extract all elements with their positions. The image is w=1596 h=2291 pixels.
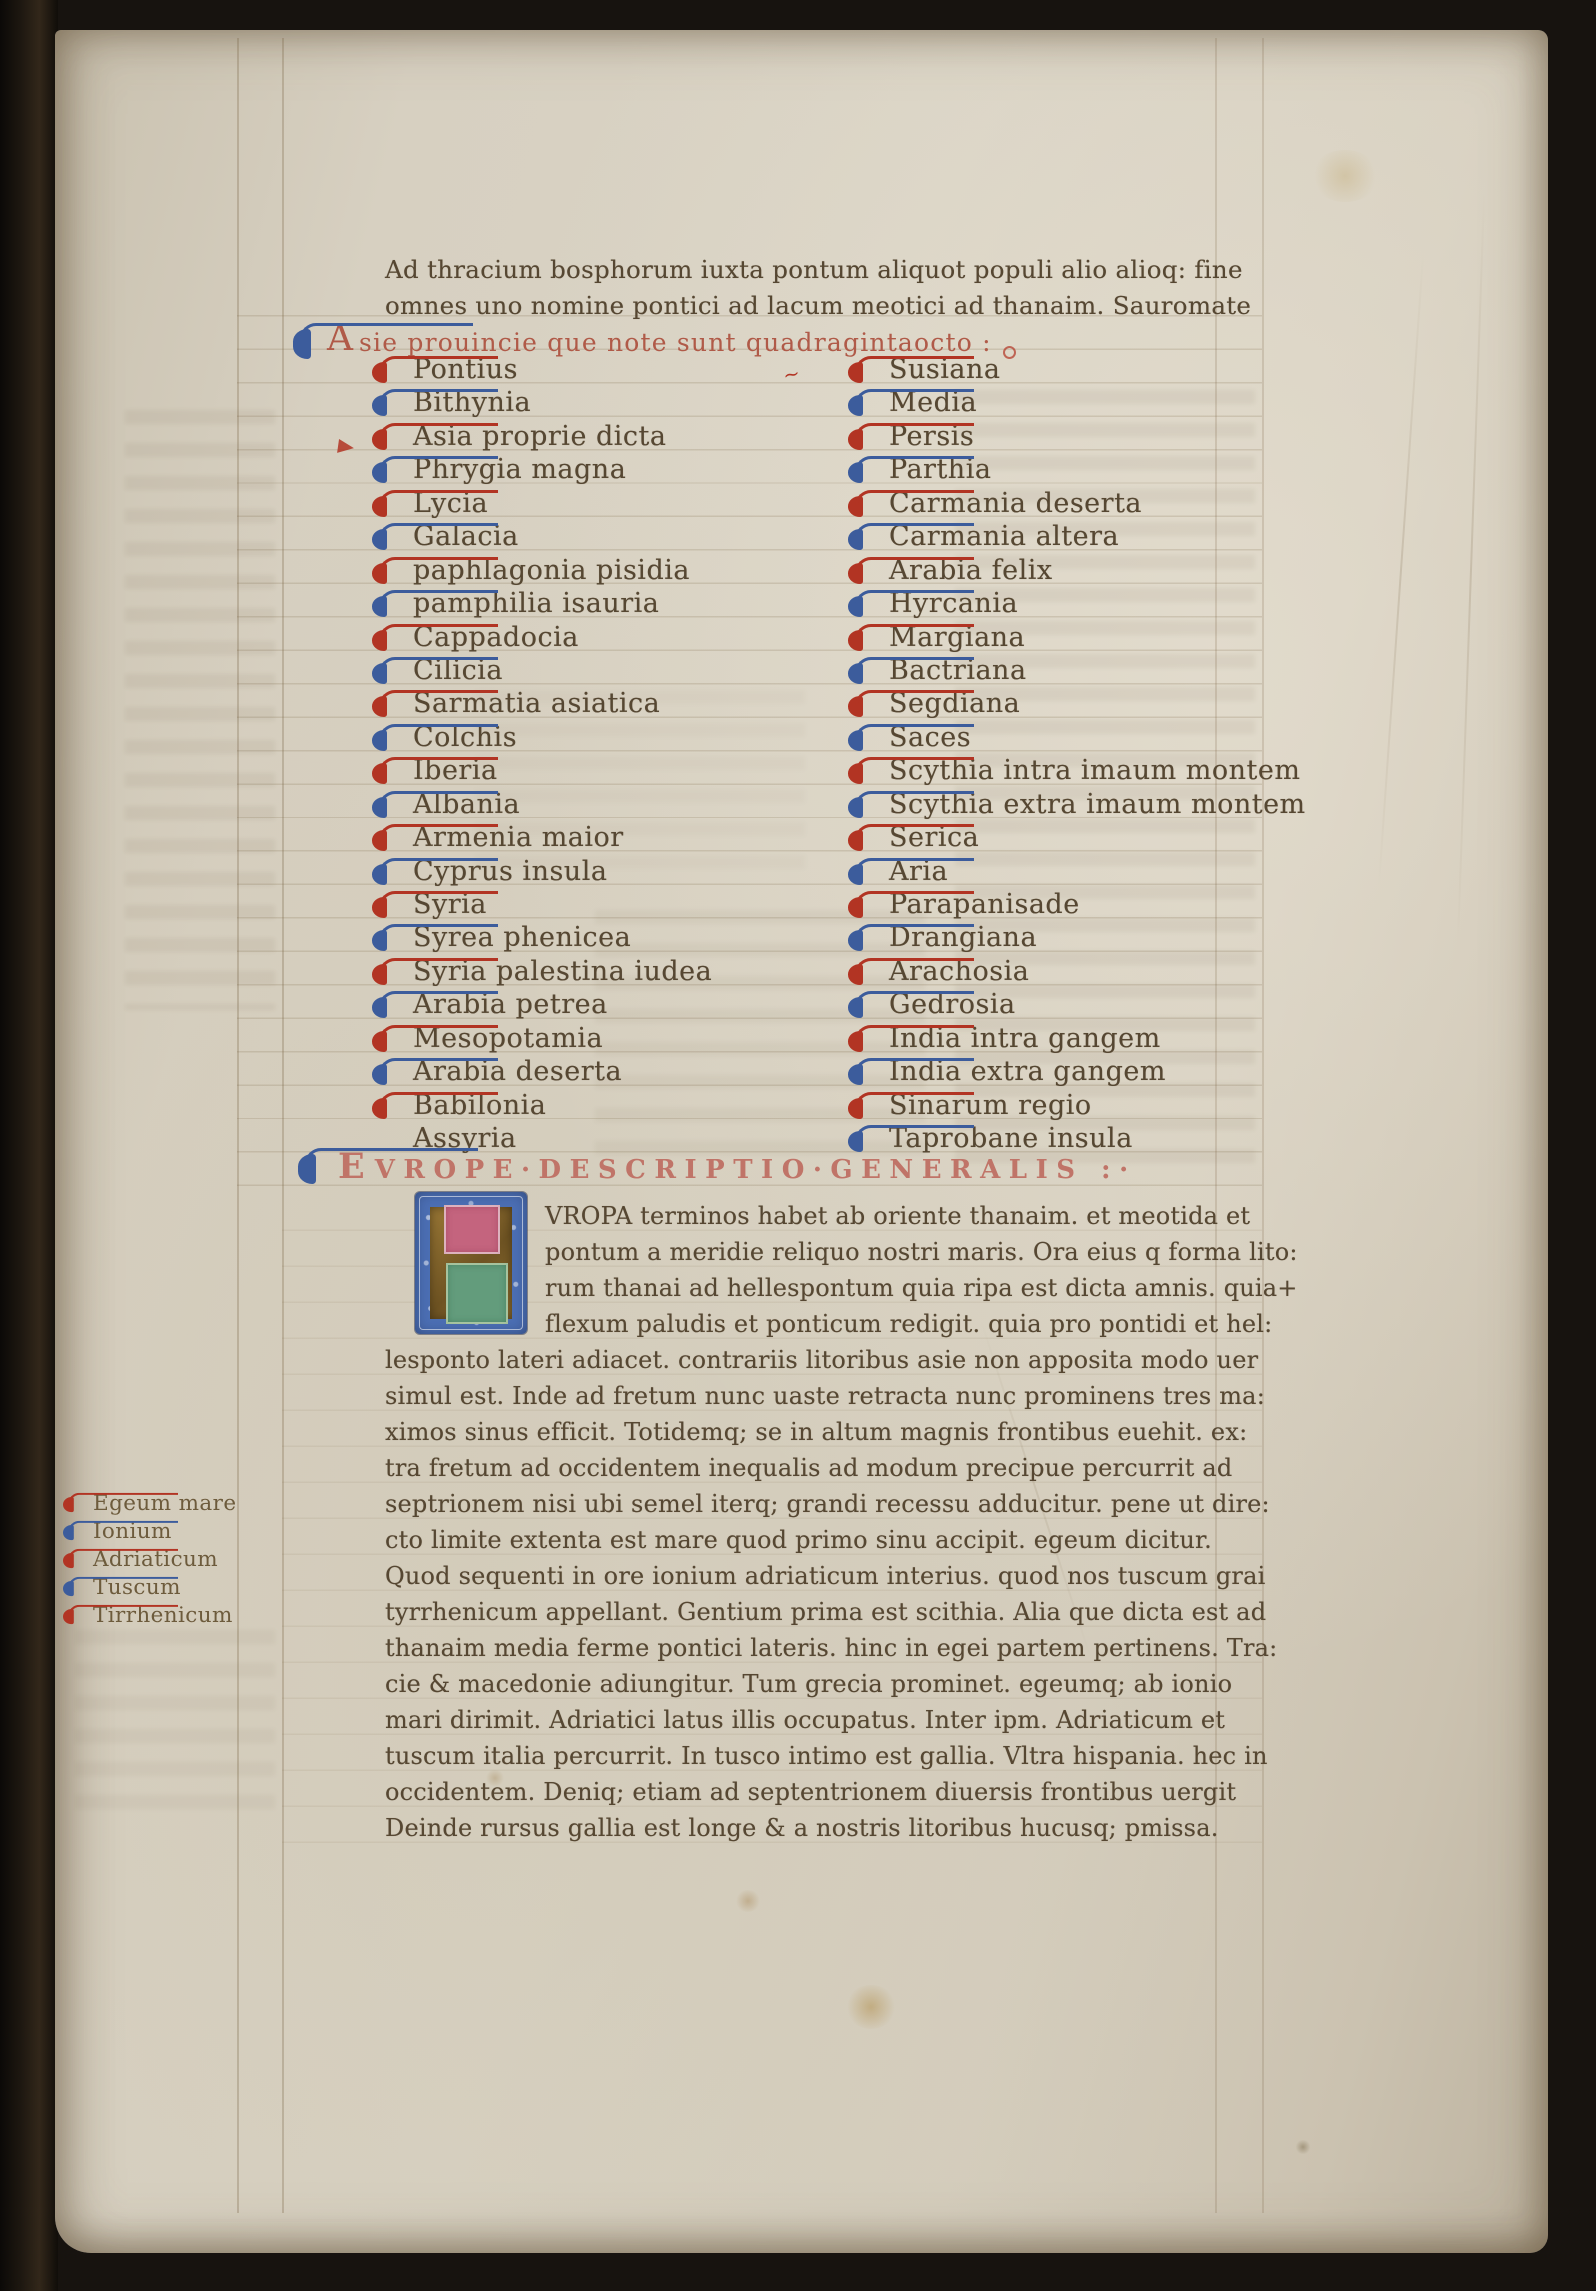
parchment-stain — [1295, 2140, 1311, 2154]
province-item: Persis — [848, 422, 1288, 455]
paragraph-mark-icon — [848, 623, 880, 653]
province-item: India intra gangem — [848, 1024, 1288, 1057]
paragraph-mark-icon — [848, 857, 880, 887]
book-spine-edge — [0, 0, 58, 2291]
paragraph-mark-icon — [372, 589, 404, 619]
margin-note: Tirrhenicum — [63, 1604, 236, 1632]
paragraph-mark-icon — [848, 388, 880, 418]
province-item: Asia proprie dicta — [372, 422, 842, 455]
province-item: Sinarum regio — [848, 1091, 1288, 1124]
paragraph-mark-icon — [848, 1024, 880, 1054]
paragraph-mark-icon — [372, 923, 404, 953]
paragraph-mark-icon — [63, 1520, 82, 1542]
ruling-line-vertical — [282, 38, 284, 2213]
ruling-line-vertical — [237, 38, 239, 2213]
paragraph-mark-icon — [848, 656, 880, 686]
ink-bleedthrough — [125, 410, 275, 1010]
province-item: Arabia deserta — [372, 1057, 842, 1090]
paragraph-mark-icon — [848, 1091, 880, 1121]
paragraph-line: tyrrhenicum appellant. Gentium prima est… — [385, 1594, 1290, 1630]
paragraph-mark-icon — [848, 823, 880, 853]
parchment-stain — [735, 1890, 761, 1912]
margin-note: Egeum mare — [63, 1492, 236, 1520]
paragraph-mark-icon — [298, 1147, 330, 1191]
europe-paragraph: lesponto lateri adiacet. contrariis lito… — [385, 1342, 1290, 1846]
paragraph-line: septrionem nisi ubi semel iterq; grandi … — [385, 1486, 1290, 1522]
paragraph-line: simul est. Inde ad fretum nunc uaste ret… — [385, 1378, 1290, 1414]
province-item: Pontius — [372, 355, 842, 388]
paragraph-mark-icon — [372, 489, 404, 519]
intro-line: omnes uno nomine pontici ad lacum meotic… — [385, 288, 1285, 324]
province-item: Colchis — [372, 723, 842, 756]
province-item: Sarmatia asiatica — [372, 689, 842, 722]
paragraph-mark-icon — [372, 388, 404, 418]
province-item: Media — [848, 388, 1288, 421]
paragraph-line: cto limite extenta est mare quod primo s… — [385, 1522, 1290, 1558]
paragraph-line: cie & macedonie adiungitur. Tum grecia p… — [385, 1666, 1290, 1702]
paragraph-mark-icon — [372, 1057, 404, 1087]
initial-green-panel — [446, 1263, 508, 1324]
province-item: Galacia — [372, 522, 842, 555]
paragraph-mark-icon — [372, 522, 404, 552]
paragraph-mark-icon — [372, 689, 404, 719]
province-item: paphlagonia pisidia — [372, 556, 842, 589]
parchment-stain — [1310, 150, 1380, 202]
paragraph-line: tra fretum ad occidentem inequalis ad mo… — [385, 1450, 1290, 1486]
paragraph-line: ximos sinus efficit. Totidemq; se in alt… — [385, 1414, 1290, 1450]
province-item: Segdiana — [848, 689, 1288, 722]
province-item: Iberia — [372, 756, 842, 789]
parchment-wrinkle — [1457, 190, 1486, 950]
parchment-stain — [845, 1985, 897, 2029]
province-item: India extra gangem — [848, 1057, 1288, 1090]
province-item: Arachosia — [848, 957, 1288, 990]
province-item: Armenia maior — [372, 823, 842, 856]
margin-note: Ionium — [63, 1520, 236, 1548]
province-item: Susiana — [848, 355, 1288, 388]
province-item: Cilicia — [372, 656, 842, 689]
province-item: Syria palestina iudea — [372, 957, 842, 990]
province-item: Hyrcania — [848, 589, 1288, 622]
paragraph-mark-icon — [372, 790, 404, 820]
paragraph-line: rum thanai ad hellespontum quia ripa est… — [545, 1270, 1265, 1306]
paragraph-mark-icon — [848, 589, 880, 619]
intro-line: Ad thracium bosphorum iuxta pontum aliqu… — [385, 252, 1285, 288]
paragraph-line: pontum a meridie reliquo nostri maris. O… — [545, 1234, 1265, 1270]
province-item: Carmania altera — [848, 522, 1288, 555]
paragraph-line: flexum paludis et ponticum redigit. quia… — [545, 1306, 1265, 1342]
paragraph-mark-icon — [372, 1091, 404, 1121]
province-item: Parthia — [848, 455, 1288, 488]
paragraph-mark-icon — [372, 890, 404, 920]
paragraph-mark-icon — [848, 556, 880, 586]
paragraph-mark-icon — [848, 422, 880, 452]
paragraph-mark-icon — [293, 322, 325, 366]
paragraph-mark-icon — [63, 1604, 82, 1626]
province-item: Syrea phenicea — [372, 923, 842, 956]
europe-heading-text: VROPE·DESCRIPTIO·GENERALIS :· — [375, 1155, 1137, 1185]
province-item: Scythia extra imaum montem — [848, 790, 1288, 823]
paragraph-mark-icon — [848, 923, 880, 953]
asia-province-list-right: Susiana Media Persis Parthia Carmania de… — [848, 355, 1288, 1158]
paragraph-mark-icon — [848, 455, 880, 485]
province-item: Margiana — [848, 623, 1288, 656]
province-item: Lycia — [372, 489, 842, 522]
margin-notes: Egeum mare Ionium Adriaticum Tuscum Tirr… — [63, 1492, 236, 1632]
paragraph-mark-icon — [372, 756, 404, 786]
paragraph-mark-icon — [372, 623, 404, 653]
margin-note: Tuscum — [63, 1576, 236, 1604]
paragraph-mark-icon — [848, 689, 880, 719]
paragraph-mark-icon — [63, 1548, 82, 1570]
parchment-wrinkle — [1378, 251, 1425, 890]
paragraph-line: lesponto lateri adiacet. contrariis lito… — [385, 1342, 1290, 1378]
province-item: Serica — [848, 823, 1288, 856]
paragraph-mark-icon — [372, 556, 404, 586]
province-item: Phrygia magna — [372, 455, 842, 488]
europe-heading: E VROPE·DESCRIPTIO·GENERALIS :· — [298, 1147, 1137, 1191]
paragraph-mark-icon — [372, 857, 404, 887]
margin-note: Adriaticum — [63, 1548, 236, 1576]
paragraph-line: mari dirimit. Adriatici latus illis occu… — [385, 1702, 1290, 1738]
paragraph-line: tuscum italia percurrit. In tusco intimo… — [385, 1738, 1290, 1774]
paragraph-mark-icon — [848, 756, 880, 786]
province-item: Drangiana — [848, 923, 1288, 956]
paragraph-mark-icon — [848, 355, 880, 385]
paragraph-mark-icon — [63, 1576, 82, 1598]
province-item: Cyprus insula — [372, 857, 842, 890]
province-item: Mesopotamia — [372, 1024, 842, 1057]
province-item: Arabia petrea — [372, 990, 842, 1023]
paragraph-mark-icon — [372, 723, 404, 753]
paragraph-mark-icon — [63, 1492, 82, 1514]
paragraph-line: Quod sequenti in ore ionium adriaticum i… — [385, 1558, 1290, 1594]
province-item: Syria — [372, 890, 842, 923]
paragraph-mark-icon — [372, 823, 404, 853]
province-item: Carmania deserta — [848, 489, 1288, 522]
paragraph-mark-icon — [372, 355, 404, 385]
paragraph-mark-icon — [848, 990, 880, 1020]
province-item: Parapanisade — [848, 890, 1288, 923]
marginal-pointer-icon — [337, 439, 355, 455]
manuscript-page: Ad thracium bosphorum iuxta pontum aliqu… — [55, 30, 1548, 2253]
paragraph-line: VROPA terminos habet ab oriente thanaim.… — [545, 1198, 1265, 1234]
province-item: Saces — [848, 723, 1288, 756]
paragraph-line: thanaim media ferme pontici lateris. hin… — [385, 1630, 1290, 1666]
paragraph-mark-icon — [372, 990, 404, 1020]
paragraph-mark-icon — [848, 489, 880, 519]
paragraph-mark-icon — [848, 890, 880, 920]
paragraph-mark-icon — [848, 522, 880, 552]
province-item: Babilonia — [372, 1091, 842, 1124]
province-item: Gedrosia — [848, 990, 1288, 1023]
paragraph-mark-icon — [848, 723, 880, 753]
paragraph-mark-icon — [372, 455, 404, 485]
province-item: Albania — [372, 790, 842, 823]
province-item: pamphilia isauria — [372, 589, 842, 622]
paragraph-line: Deinde rursus gallia est longe & a nostr… — [385, 1810, 1290, 1846]
province-item: Aria — [848, 857, 1288, 890]
asia-province-list-left: Pontius Bithynia Asia proprie dicta Phry… — [372, 355, 842, 1158]
province-item: Scythia intra imaum montem — [848, 756, 1288, 789]
province-item: Bactriana — [848, 656, 1288, 689]
province-item: Arabia felix — [848, 556, 1288, 589]
paragraph-line: occidentem. Deniq; etiam ad septentrione… — [385, 1774, 1290, 1810]
intro-text: Ad thracium bosphorum iuxta pontum aliqu… — [385, 252, 1285, 323]
paragraph-mark-icon — [848, 790, 880, 820]
paragraph-mark-icon — [372, 656, 404, 686]
ink-bleedthrough — [75, 1630, 275, 1820]
paragraph-mark-icon — [372, 1024, 404, 1054]
paragraph-mark-icon — [848, 957, 880, 987]
paragraph-mark-icon — [848, 1057, 880, 1087]
paragraph-mark-icon — [372, 957, 404, 987]
initial-pink-panel — [444, 1205, 500, 1255]
province-item: Cappadocia — [372, 623, 842, 656]
province-item: Bithynia — [372, 388, 842, 421]
europe-paragraph-indented: VROPA terminos habet ab oriente thanaim.… — [545, 1198, 1265, 1342]
illuminated-initial-E — [415, 1192, 527, 1334]
paragraph-mark-icon — [372, 422, 404, 452]
